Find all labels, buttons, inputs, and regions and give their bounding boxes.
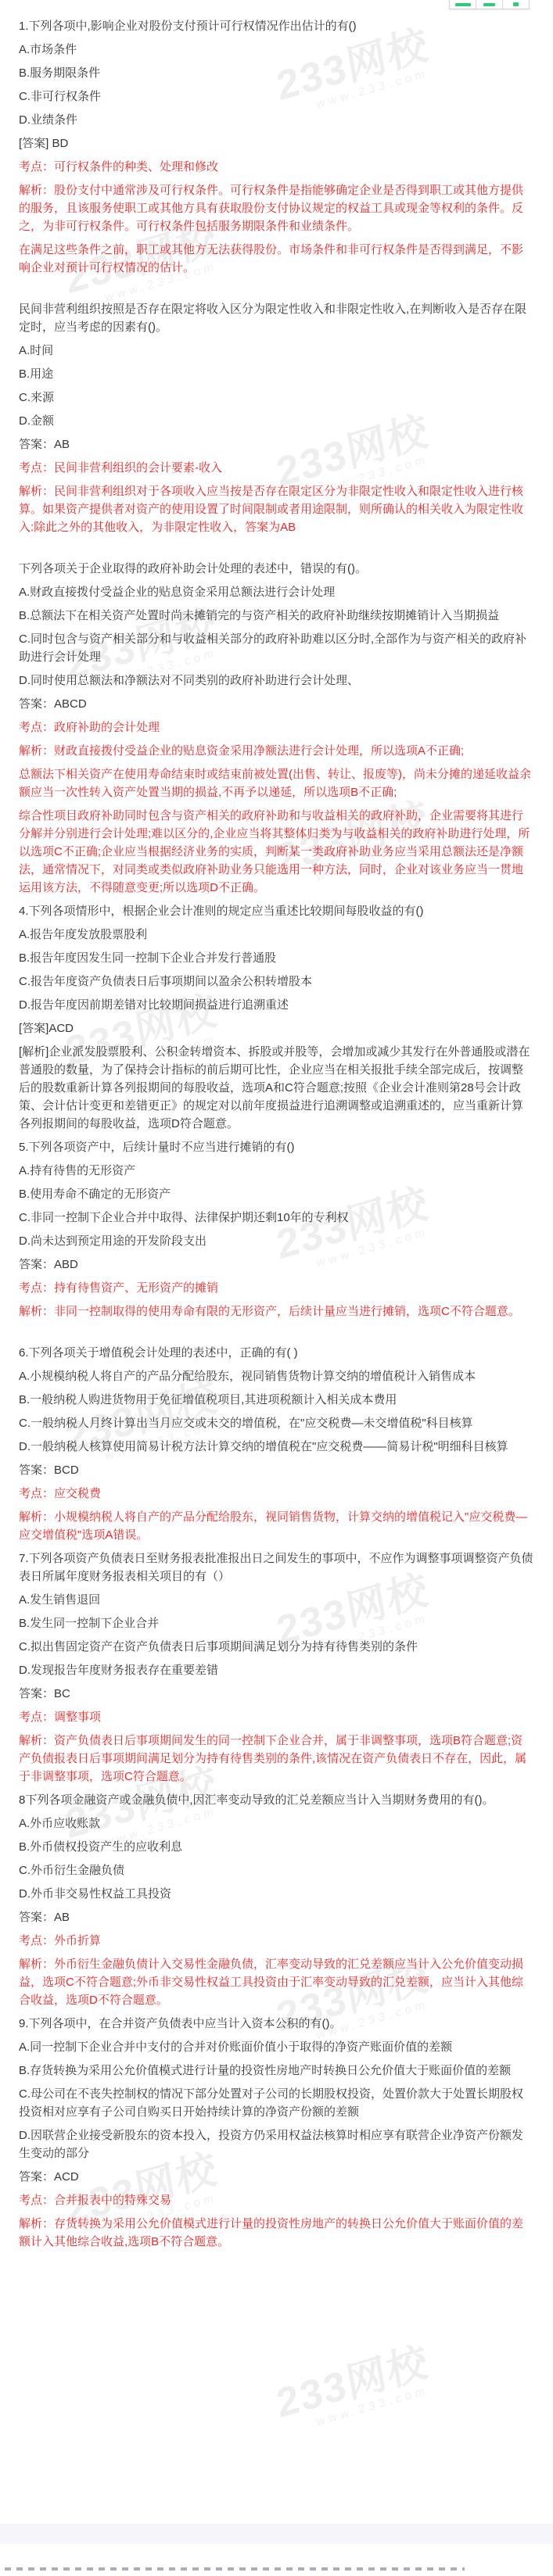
toolbar-glyph-2-icon	[483, 3, 495, 6]
analysis-text: 总额法下相关资产在使用寿命结束时或结束前被处置(出售、转让、报废等)，尚未分摊的…	[19, 765, 534, 801]
option-A-text: A.市场条件	[19, 41, 534, 59]
question-text: 5.下列各项资产中，后续计量时不应当进行摊销的有()	[19, 1138, 534, 1156]
question-text: 8下列各项金融资产或金融负债中,因汇率变动导致的汇兑差额应当计入当期财务费用的有…	[19, 1791, 534, 1809]
answer-text: 答案：ACD	[19, 2168, 534, 2186]
toolbar-glyph-3-icon	[513, 2, 519, 6]
answer-text: 答案：ABD	[19, 1256, 534, 1274]
watermark-text: 233网校	[274, 2341, 432, 2425]
question-block: 5.下列各项资产中，后续计量时不应当进行摊销的有()A.持有待售的无形资产B.使…	[19, 1138, 534, 1320]
toolbar-button-3[interactable]	[502, 0, 529, 9]
analysis-text: 解析：非同一控制取得的使用寿命有限的无形资产，后续计量应当进行摊销，选项C不符合…	[19, 1302, 534, 1320]
answer-text: 答案：ABCD	[19, 695, 534, 713]
option-B-text: B.一般纳税人购进货物用于免征增值税项目,其进项税额计入相关成本费用	[19, 1391, 534, 1409]
question-block: 4.下列各项情形中，根据企业会计准则的规定应当重述比较期间每股收益的有()A.报…	[19, 902, 534, 1133]
question-text: 4.下列各项情形中，根据企业会计准则的规定应当重述比较期间每股收益的有()	[19, 902, 534, 920]
option-A-text: A.持有待售的无形资产	[19, 1162, 534, 1180]
option-A-text: A.财政直接拨付受益企业的贴息资金采用总额法进行会计处理	[19, 583, 534, 601]
analysis-text: 解析：外币衍生金融负债计入交易性金融负债，汇率变动导致的汇兑差额应当计入公允价值…	[19, 1955, 534, 2009]
analysis-text: 解析：股份支付中通常涉及可行权条件。可行权条件是指能够确定企业是否得到职工或其他…	[19, 181, 534, 235]
option-B-text: B.服务期限条件	[19, 64, 534, 82]
kaodian-text: 考点：可行权条件的种类、处理和修改	[19, 158, 534, 176]
option-B-text: B.外币债权投资产生的应收利息	[19, 1838, 534, 1856]
analysis-text: 解析：存货转换为采用公允价值模式进行计量的投资性房地产的转换日公允价值大于账面价…	[19, 2215, 534, 2251]
kaodian-text: 考点：持有待售资产、无形资产的摊销	[19, 1279, 534, 1297]
watermark: 233网校www.233.com	[274, 2341, 434, 2438]
option-C-text: C.拟出售固定资产在资产负债表日后事项期间满足划分为持有待售类别的条件	[19, 1638, 534, 1656]
question-block: 6.下列各项关于增值税会计处理的表述中，正确的有( )A.小规模纳税人将自产的产…	[19, 1344, 534, 1544]
answer-text: 答案：BCD	[19, 1461, 534, 1479]
kaodian-text: 考点：应交税费	[19, 1485, 534, 1503]
option-C-text: C.母公司在不丧失控制权的情况下部分处置对子公司的长期股权投资，处置价款大于处置…	[19, 2085, 534, 2121]
option-C-text: C.一般纳税人月终计算出当月应交或未交的增值税，在"应交税费—未交增值税"科目核…	[19, 1414, 534, 1432]
cropped-toolbar	[449, 0, 530, 9]
option-C-text: C.非可行权条件	[19, 88, 534, 106]
option-B-text: B.总额法下在相关资产处置时尚未摊销完的与资产相关的政府补助继续按期摊销计入当期…	[19, 607, 534, 625]
analysis-text: 解析：财政直接拨付受益企业的贴息资金采用净额法进行会计处理，所以选项A不正确;	[19, 742, 534, 760]
exam-document-page: 233网校www.233.com233网校www.233.com233网校www…	[0, 0, 553, 2576]
kaodian-text: 考点：合并报表中的特殊交易	[19, 2191, 534, 2209]
option-C-text: C.非同一控制下企业合并中取得、法律保护期还剩10年的专利权	[19, 1209, 534, 1227]
question-list: 1.下列各项中,影响企业对股份支付预计可行权情况作出估计的有()A.市场条件B.…	[0, 0, 553, 2251]
question-text: 6.下列各项关于增值税会计处理的表述中，正确的有( )	[19, 1344, 534, 1362]
question-block: 9.下列各项中，在合并资产负债表中应当计入资本公积的有()。A.同一控制下企业合…	[19, 2015, 534, 2251]
kaodian-text: 考点：民间非营利组织的会计要素-收入	[19, 459, 534, 477]
kaodian-text: 考点：调整事项	[19, 1708, 534, 1726]
answer-text: 答案：BC	[19, 1685, 534, 1703]
option-C-text: C.报告年度资产负债表日后事项期间以盈余公积转增股本	[19, 973, 534, 991]
option-A-text: A.同一控制下企业合并中支付的合并对价账面价值小于取得的净资产账面价值的差额	[19, 2038, 534, 2056]
option-D-text: D.业绩条件	[19, 111, 534, 129]
option-C-text: C.来源	[19, 389, 534, 407]
question-text: 下列各项关于企业取得的政府补助会计处理的表述中，错误的有()。	[19, 560, 534, 578]
option-A-text: A.小规模纳税人将自产的产品分配给股东，视同销售货物计算交纳的增值税计入销售成本	[19, 1367, 534, 1385]
toolbar-button-2[interactable]	[476, 0, 502, 9]
option-D-text: D.尚未达到预定用途的开发阶段支出	[19, 1232, 534, 1250]
question-block: 7.下列各项资产负债表日至财务报表批准报出日之间发生的事项中，不应作为调整事项调…	[19, 1550, 534, 1786]
option-B-text: B.使用寿命不确定的无形资产	[19, 1185, 534, 1203]
option-C-text: C.外币衍生金融负债	[19, 1861, 534, 1879]
analysis-text: 在满足这些条件之前，职工或其他方无法获得股份。市场条件和非可行权条件是否得到满足…	[19, 241, 534, 277]
answer-text: [答案] BD	[19, 134, 534, 152]
answer-text: 答案：AB	[19, 1908, 534, 1926]
question-block: 民间非营利组织按照是否存在限定将收入区分为限定性收入和非限定性收入,在判断收入是…	[19, 300, 534, 536]
option-A-text: A.外币应收账款	[19, 1815, 534, 1833]
watermark-subtext: www.233.com	[316, 2383, 434, 2428]
analysis-text: [解析]企业派发股票股利、公积金转增资本、拆股或并股等，会增加或减少其发行在外普…	[19, 1043, 534, 1133]
option-C-text: C.同时包含与资产相关部分和与收益相关部分的政府补助难以区分时,全部作为与资产相…	[19, 630, 534, 666]
question-block: 8下列各项金融资产或金融负债中,因汇率变动导致的汇兑差额应当计入当期财务费用的有…	[19, 1791, 534, 2009]
answer-text: 答案：AB	[19, 435, 534, 453]
footer-band	[0, 2524, 553, 2544]
option-D-text: D.同时使用总额法和净额法对不同类别的政府补助进行会计处理、	[19, 672, 534, 690]
option-D-text: D.一般纳税人核算使用简易计税方法计算交纳的增值税在"应交税费——简易计税"明细…	[19, 1438, 534, 1456]
option-D-text: D.因联营企业接受新股东的资本投入，投资方仍采用权益法核算时相应享有联营企业净资…	[19, 2126, 534, 2162]
option-B-text: B.报告年度因发生同一控制下企业合并发行普通股	[19, 949, 534, 967]
option-B-text: B.用途	[19, 365, 534, 383]
toolbar-glyph-1-icon	[455, 3, 471, 6]
analysis-text: 解析：资产负债表日后事项期间发生的同一控制下企业合并，属于非调整事项，选项B符合…	[19, 1732, 534, 1786]
option-D-text: D.金额	[19, 412, 534, 430]
kaodian-text: 考点：政府补助的会计处理	[19, 718, 534, 736]
analysis-text: 综合性项目政府补助同时包含与资产相关的政府补助和与收益相关的政府补助，企业需要将…	[19, 807, 534, 897]
option-D-text: D.发现报告年度财务报表存在重要差错	[19, 1661, 534, 1679]
analysis-text: 解析：民间非营利组织对于各项收入应当按是否存在限定区分为非限定性收入和限定性收入…	[19, 482, 534, 536]
question-block: 1.下列各项中,影响企业对股份支付预计可行权情况作出估计的有()A.市场条件B.…	[19, 17, 534, 277]
kaodian-text: 考点：外币折算	[19, 1932, 534, 1950]
toolbar-button-1[interactable]	[450, 0, 476, 9]
analysis-text: 解析：小规模纳税人将自产的产品分配给股东，视同销售货物，计算交纳的增值税记入"应…	[19, 1508, 534, 1544]
option-A-text: A.发生销售退回	[19, 1591, 534, 1609]
option-B-text: B.发生同一控制下企业合并	[19, 1614, 534, 1632]
answer-text: [答案]ACD	[19, 1019, 534, 1037]
option-B-text: B.存货转换为采用公允价值模式进行计量的投资性房地产时转换日公允价值大于账面价值…	[19, 2062, 534, 2080]
question-text: 9.下列各项中，在合并资产负债表中应当计入资本公积的有()。	[19, 2015, 534, 2033]
dashed-divider	[5, 2567, 465, 2571]
option-D-text: D.外币非交易性权益工具投资	[19, 1885, 534, 1903]
question-block: 下列各项关于企业取得的政府补助会计处理的表述中，错误的有()。A.财政直接拨付受…	[19, 560, 534, 897]
question-text: 7.下列各项资产负债表日至财务报表批准报出日之间发生的事项中，不应作为调整事项调…	[19, 1550, 534, 1585]
option-A-text: A.报告年度发放股票股利	[19, 926, 534, 944]
option-A-text: A.时间	[19, 342, 534, 360]
question-text: 1.下列各项中,影响企业对股份支付预计可行权情况作出估计的有()	[19, 17, 534, 35]
option-D-text: D.报告年度因前期差错对比较期间损益进行追溯重述	[19, 996, 534, 1014]
question-text: 民间非营利组织按照是否存在限定将收入区分为限定性收入和非限定性收入,在判断收入是…	[19, 300, 534, 336]
